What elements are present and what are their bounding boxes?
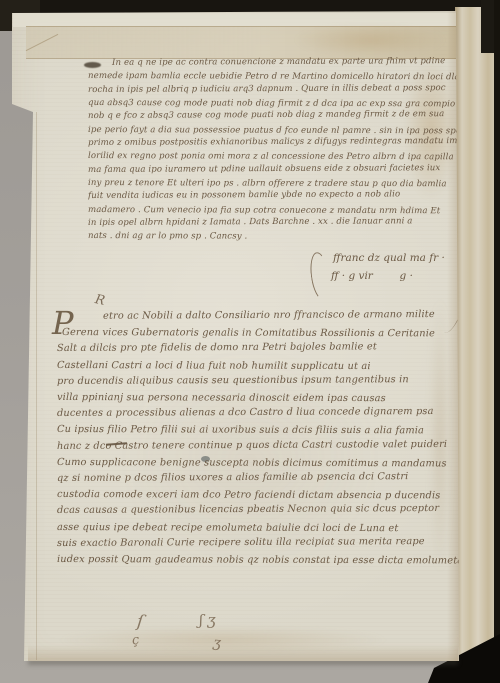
text-line: In ea q ne ipe ac contra conuencione z m…	[88, 57, 460, 70]
text-line: etro ac Nobili a dalto Consiliario nro f…	[57, 309, 459, 325]
text-line: nob q e fco z absq3 cause cog mode puati…	[88, 108, 460, 123]
fore-edge-of-leaves	[455, 7, 497, 662]
text-line: suis exactio Baronali Curie recipere sol…	[57, 534, 459, 552]
gutter-crease	[36, 112, 37, 660]
text-line: in ipis opel albrn hpidani z Iamata . Da…	[88, 215, 460, 230]
text-line: primo z omibus postpositis exhianoribus …	[88, 135, 460, 150]
photo-shadow-right	[494, 0, 500, 662]
photo-top-shadow	[0, 0, 500, 13]
text-line: fuit vendita iudicas eu in possonem baml…	[88, 188, 460, 203]
text-line: hanc z dco Castro tenere continue p quos…	[57, 437, 459, 455]
text-block-1: In ea q ne ipe ac contra conuencione z m…	[88, 57, 460, 244]
text-block-2: etro ac Nobili a dalto Consiliario nro f…	[57, 309, 459, 568]
manuscript-photo: In ea q ne ipe ac contra conuencione z m…	[0, 0, 500, 683]
text-line: dcas causas a questionibus licencias pbe…	[57, 501, 459, 519]
signature-line-2: ff · g vir g ·	[331, 270, 413, 282]
text-line: rocha in ipis pel albriq p iudiciu arq3 …	[88, 82, 460, 97]
text-line: ducentes a processibus alienas a dco Cas…	[57, 404, 459, 422]
stain	[58, 626, 388, 654]
stain	[295, 24, 445, 56]
text-line: Salt a dilcis pro pte fidelis de domo nr…	[57, 339, 459, 357]
text-line: pro ducendis aliquibus causis seu questi…	[57, 372, 459, 390]
pen-trial-mark: ʒ	[212, 635, 222, 652]
text-line: ma fama qua ipo iuramero ut pdine uallau…	[88, 162, 460, 177]
text-line: iudex possit Quam gaudeamus nobis qz nob…	[57, 552, 459, 568]
text-line: qz si nomine p dcos filios uxores a alio…	[57, 469, 459, 487]
signature-bracket-flourish	[308, 251, 333, 301]
pen-trial-mark: ʃʒ	[199, 611, 220, 629]
initial-flourish: R	[94, 292, 107, 309]
signature-line-1: ffranc dz qual ma fr ·	[333, 252, 445, 264]
manuscript-page: In ea q ne ipe ac contra conuencione z m…	[0, 0, 500, 683]
text-line: nats . dni ag ar lo pmo sp . Cancsy .	[88, 230, 460, 243]
